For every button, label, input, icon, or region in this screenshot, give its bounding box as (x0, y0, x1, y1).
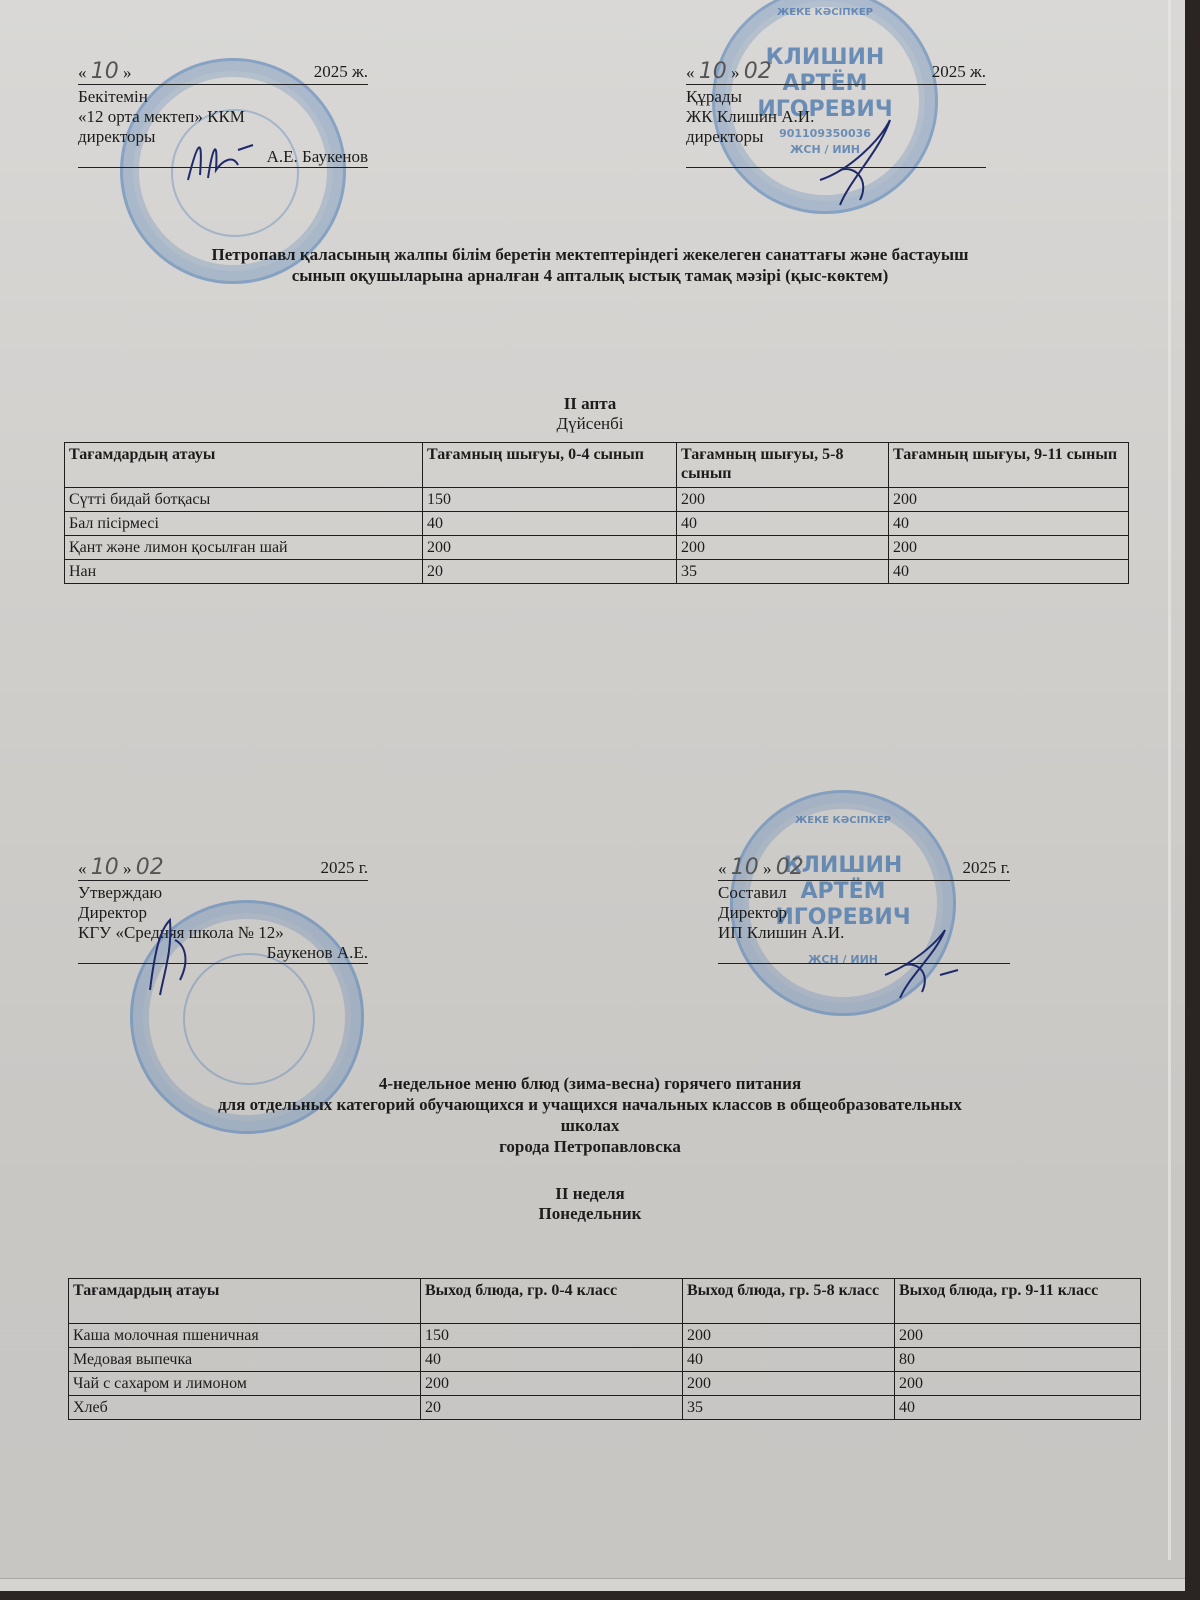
table-cell: Медовая выпечка (69, 1348, 421, 1372)
table-row: Каша молочная пшеничная150200200 (69, 1324, 1141, 1348)
column-header: Тағамның шығуы, 9-11 сынып (889, 443, 1129, 488)
column-header: Выход блюда, гр. 0-4 класс (421, 1279, 683, 1324)
column-header: Тағамдардың атауы (65, 443, 423, 488)
table-cell: 35 (683, 1396, 895, 1420)
ru-title-line-4: города Петропавловска (60, 1136, 1120, 1157)
table-header-row: Тағамдардың атауыВыход блюда, гр. 0-4 кл… (69, 1279, 1141, 1324)
handwritten-month: 02 (776, 855, 804, 880)
ru-title-line-3: школах (60, 1115, 1120, 1136)
ru-week: II неделя (60, 1184, 1120, 1204)
approve-line-2: «12 орта мектеп» ККМ (78, 107, 368, 127)
compose-line-3: ИП Клишин А.И. (718, 923, 1010, 943)
kz-approve-block: « 10 » 2025 ж. Бекітемін «12 орта мектеп… (78, 62, 368, 168)
table-cell: 40 (677, 512, 889, 536)
table-cell: 200 (895, 1324, 1141, 1348)
kz-title-line-2: сынып оқушыларына арналған 4 апталық ыст… (60, 265, 1120, 286)
table-row: Бал пісірмесі404040 (65, 512, 1129, 536)
handwritten-month: 02 (136, 855, 164, 880)
kz-title-line-1: Петропавл қаласының жалпы білім беретін … (60, 244, 1120, 265)
table-cell: Чай с сахаром и лимоном (69, 1372, 421, 1396)
table-row: Сүтті бидай ботқасы150200200 (65, 488, 1129, 512)
handwritten-day: 10 (699, 59, 727, 84)
compose-line-3: директоры (686, 127, 986, 147)
compose-line-1: Составил (718, 883, 1010, 903)
table-cell: 200 (677, 488, 889, 512)
approve-signer: Баукенов А.Е. (78, 943, 368, 964)
table-cell: Каша молочная пшеничная (69, 1324, 421, 1348)
date-year: 2025 г. (320, 858, 368, 879)
handwritten-day: 10 (91, 855, 119, 880)
document-page: « 10 » 2025 ж. Бекітемін «12 орта мектеп… (0, 0, 1185, 1590)
table-cell: 200 (895, 1372, 1141, 1396)
kz-menu-table: Тағамдардың атауыТағамның шығуы, 0-4 сын… (64, 442, 1129, 584)
table-cell: 20 (423, 560, 677, 584)
approve-line-3: КГУ «Средняя школа № 12» (78, 923, 368, 943)
handwritten-day: 10 (91, 59, 119, 84)
ru-compose-dateline: « 10 » 02 2025 г. (718, 858, 1010, 881)
kz-title: Петропавл қаласының жалпы білім беретін … (60, 244, 1120, 286)
ru-day: Понедельник (60, 1204, 1120, 1224)
ru-menu-table: Тағамдардың атауыВыход блюда, гр. 0-4 кл… (68, 1278, 1141, 1420)
table-cell: 150 (423, 488, 677, 512)
table-cell: 200 (683, 1324, 895, 1348)
table-cell: 40 (683, 1348, 895, 1372)
handwritten-day: 10 (731, 855, 759, 880)
compose-sign-line (686, 147, 986, 168)
stamp-arc-inner: ЖЕКЕ КӘСІПКЕР (715, 7, 935, 18)
column-header: Тағамның шығуы, 0-4 сынып (423, 443, 677, 488)
table-cell: 200 (683, 1372, 895, 1396)
approve-line-3: директоры (78, 127, 368, 147)
column-header: Выход блюда, гр. 9-11 класс (895, 1279, 1141, 1324)
kz-day: Дүйсенбі (60, 414, 1120, 434)
ru-approve-block: « 10 » 02 2025 г. Утверждаю Директор КГУ… (78, 858, 368, 964)
table-cell: 80 (895, 1348, 1141, 1372)
table-cell: Бал пісірмесі (65, 512, 423, 536)
approve-signer: А.Е. Баукенов (78, 147, 368, 168)
table-cell: Хлеб (69, 1396, 421, 1420)
date-year: 2025 ж. (932, 62, 986, 83)
ru-approve-dateline: « 10 » 02 2025 г. (78, 858, 368, 881)
stamp-arc-inner: ЖЕКЕ КӘСІПКЕР (733, 815, 953, 826)
table-header-row: Тағамдардың атауыТағамның шығуы, 0-4 сын… (65, 443, 1129, 488)
table-cell: 40 (889, 560, 1129, 584)
table-cell: Сүтті бидай ботқасы (65, 488, 423, 512)
compose-line-2: ЖК Клишин А.И. (686, 107, 986, 127)
table-cell: 40 (895, 1396, 1141, 1420)
table-cell: 200 (889, 488, 1129, 512)
table-row: Қант және лимон қосылған шай200200200 (65, 536, 1129, 560)
kz-approve-dateline: « 10 » 2025 ж. (78, 62, 368, 85)
table-cell: 200 (421, 1372, 683, 1396)
table-row: Нан203540 (65, 560, 1129, 584)
table-cell: 20 (421, 1396, 683, 1420)
table-row: Медовая выпечка404080 (69, 1348, 1141, 1372)
page-bottom-edge (0, 1578, 1185, 1591)
kz-week: II апта (60, 394, 1120, 414)
date-year: 2025 ж. (314, 62, 368, 83)
kz-compose-dateline: « 10 » 02 2025 ж. (686, 62, 986, 85)
table-cell: 40 (421, 1348, 683, 1372)
date-year: 2025 г. (962, 858, 1010, 879)
column-header: Выход блюда, гр. 5-8 класс (683, 1279, 895, 1324)
table-cell: 40 (889, 512, 1129, 536)
ru-title-line-2: для отдельных категорий обучающихся и уч… (60, 1094, 1120, 1115)
compose-line-1: Құрады (686, 87, 986, 107)
approve-line-1: Утверждаю (78, 883, 368, 903)
table-row: Хлеб203540 (69, 1396, 1141, 1420)
kz-compose-block: « 10 » 02 2025 ж. Құрады ЖК Клишин А.И. … (686, 62, 986, 168)
ru-title: 4-недельное меню блюд (зима-весна) горяч… (60, 1073, 1120, 1157)
table-row: Чай с сахаром и лимоном200200200 (69, 1372, 1141, 1396)
page-edge (1168, 0, 1171, 1560)
compose-sign-line (718, 943, 1010, 964)
table-cell: 200 (889, 536, 1129, 560)
approve-line-1: Бекітемін (78, 87, 368, 107)
approve-line-2: Директор (78, 903, 368, 923)
ru-title-line-1: 4-недельное меню блюд (зима-весна) горяч… (60, 1073, 1120, 1094)
table-cell: 200 (423, 536, 677, 560)
compose-line-2: Директор (718, 903, 1010, 923)
table-cell: 40 (423, 512, 677, 536)
ru-compose-block: « 10 » 02 2025 г. Составил Директор ИП К… (718, 858, 1010, 964)
table-cell: Қант және лимон қосылған шай (65, 536, 423, 560)
table-cell: 150 (421, 1324, 683, 1348)
table-cell: 200 (677, 536, 889, 560)
table-cell: 35 (677, 560, 889, 584)
column-header: Тағамның шығуы, 5-8 сынып (677, 443, 889, 488)
handwritten-month: 02 (744, 59, 772, 84)
column-header: Тағамдардың атауы (69, 1279, 421, 1324)
table-cell: Нан (65, 560, 423, 584)
